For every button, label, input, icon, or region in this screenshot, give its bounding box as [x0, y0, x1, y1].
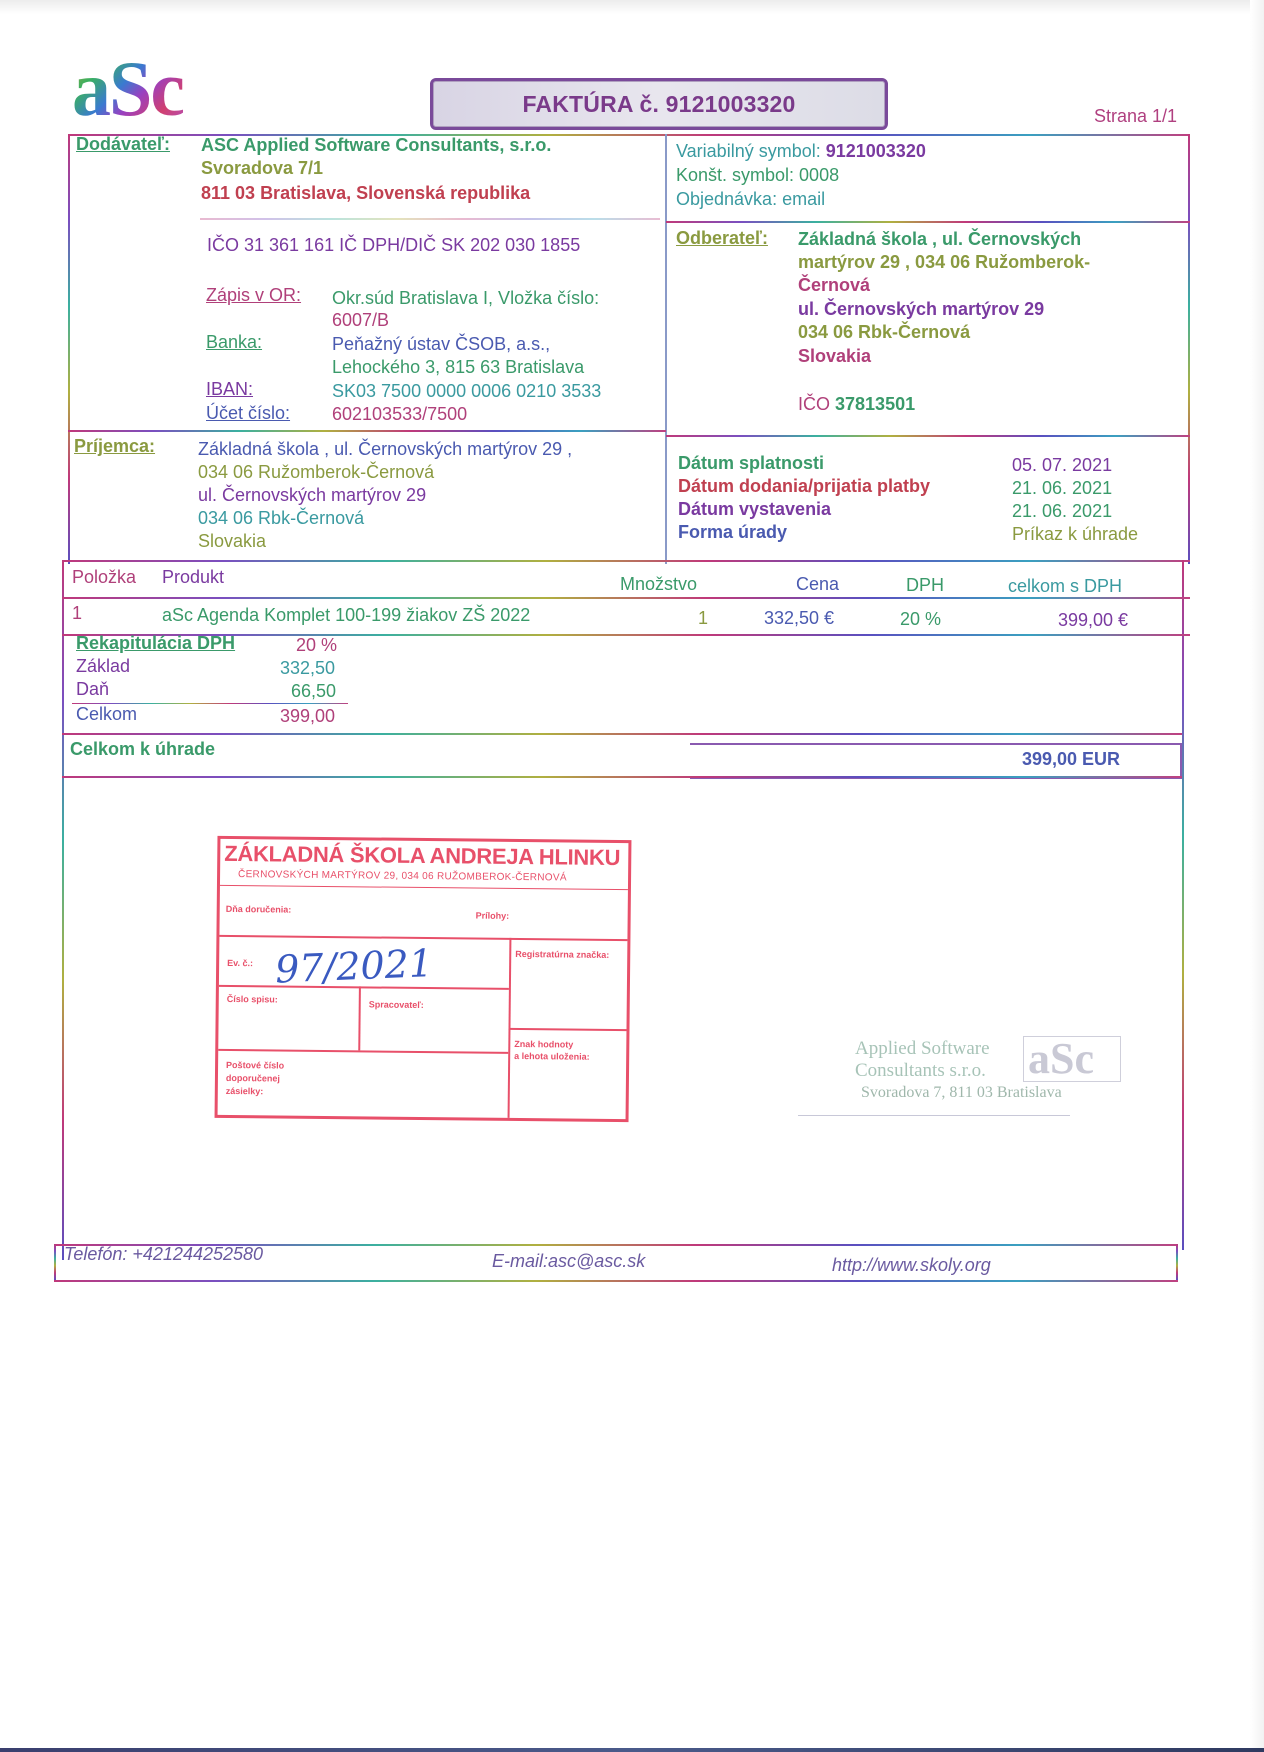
scan-edge-top [0, 0, 1264, 14]
signature-line [798, 1115, 1070, 1116]
stamp-divider [220, 885, 628, 890]
dates-labels: Dátum splatnosti Dátum dodania/prijatia … [678, 452, 930, 544]
company-stamp-logo: aSc [1023, 1036, 1121, 1082]
register-value-1: Okr.súd Bratislava I, Vložka číslo: [332, 287, 599, 310]
frame-left-line [68, 134, 70, 564]
stamp-ev-label: Ev. č.: [227, 957, 253, 969]
stamp-divider [508, 1028, 626, 1031]
customer-label: Odberateľ: [676, 228, 768, 249]
supplier-street: Svoradova 7/1 [201, 157, 323, 180]
col-quantity: Množstvo [620, 573, 697, 596]
issue-date-label: Dátum vystavenia [678, 498, 930, 521]
stamp-file-label: Číslo spisu: [227, 993, 278, 1006]
body-left-line [62, 560, 64, 1260]
col-item: Položka [72, 566, 136, 589]
page-indicator: Strana 1/1 [1094, 106, 1177, 127]
customer-box-top-line [666, 221, 1190, 223]
customer-line-2: martýrov 29 , 034 06 Ružomberok- [798, 251, 1090, 274]
account-label: Účet číslo: [206, 402, 290, 425]
due-date-label: Dátum splatnosti [678, 452, 930, 475]
stamp-value-label-2: a lehota uloženia: [514, 1050, 590, 1063]
bank-value-1: Peňažný ústav ČSOB, a.s., [332, 333, 550, 356]
row-price: 332,50 € [764, 607, 834, 630]
body-right-line [1182, 560, 1184, 1250]
registry-stamp: ZÁKLADNÁ ŠKOLA ANDREJA HLINKU ČERNOVSKÝC… [215, 836, 632, 1122]
constant-symbol: Konšt. symbol: 0008 [676, 164, 839, 187]
stamp-ev-value: 97/2021 [274, 941, 434, 992]
vat-summary-title: Rekapitulácia DPH [76, 632, 235, 655]
stamp-divider [358, 986, 361, 1050]
delivery-date-value: 21. 06. 2021 [1012, 477, 1138, 500]
order-info: Objednávka: email [676, 188, 825, 211]
variable-symbol-value: 9121003320 [826, 141, 926, 161]
asc-logo: aSc [72, 50, 183, 128]
row-quantity: 1 [698, 607, 708, 630]
due-date-value: 05. 07. 2021 [1012, 454, 1138, 477]
vat-tax-value: 66,50 [291, 680, 336, 703]
stamp-attachments-label: Prílohy: [476, 910, 510, 922]
register-label: Zápis v OR: [206, 284, 301, 307]
footer-right-line [1176, 1244, 1178, 1280]
recipient-label: Príjemca: [74, 436, 155, 457]
stamp-school-address: ČERNOVSKÝCH MARTÝROV 29, 034 06 RUŽOMBER… [238, 869, 567, 883]
vat-total-value: 399,00 [280, 705, 335, 728]
footer-phone: Telefón: +421244252580 [64, 1244, 263, 1265]
footer-email[interactable]: E-mail:asc@asc.sk [492, 1251, 645, 1272]
company-stamp: Applied Software Consultants s.r.o. Svor… [855, 1030, 1135, 1100]
iban-value: SK03 7500 0000 0006 0210 3533 [332, 380, 601, 403]
customer-line-1: Základná škola , ul. Černovských [798, 228, 1081, 251]
register-value-2: 6007/B [332, 309, 389, 332]
vat-base-value: 332,50 [280, 657, 335, 680]
col-product: Produkt [162, 566, 224, 589]
frame-middle-line [665, 134, 667, 564]
row-vat: 20 % [900, 608, 941, 631]
supplier-ids: IČO 31 361 161 IČ DPH/DIČ SK 202 030 185… [207, 234, 580, 257]
stamp-divider [218, 1049, 508, 1054]
stamp-postal-label-3: zásielky: [226, 1085, 264, 1097]
vat-tax-label: Daň [76, 678, 109, 701]
invoice-title: FAKTÚRA č. 9121003320 [522, 91, 795, 118]
customer-line-4: ul. Černovských martýrov 29 [798, 298, 1044, 321]
vat-summary-rate: 20 % [296, 634, 337, 657]
footer-bottom-line [54, 1280, 1178, 1282]
payment-form-label: Forma úrady [678, 521, 930, 544]
footer-website[interactable]: http://www.skoly.org [832, 1255, 991, 1276]
supplier-divider [200, 218, 660, 220]
table-top-line [62, 560, 1190, 562]
table-header-line [62, 597, 1190, 599]
recipient-line-3: ul. Černovských martýrov 29 [198, 484, 426, 507]
dates-values: 05. 07. 2021 21. 06. 2021 21. 06. 2021 P… [1012, 454, 1138, 546]
amount-due-top-line [62, 733, 1182, 735]
scan-edge-bottom [0, 1748, 1264, 1752]
iban-label: IBAN: [206, 378, 253, 401]
stamp-postal-label-1: Poštové číslo [226, 1059, 284, 1072]
customer-ico: IČO 37813501 [798, 393, 915, 416]
customer-line-3: Černová [798, 274, 870, 297]
stamp-school-name: ZÁKLADNÁ ŠKOLA ANDREJA HLINKU [224, 841, 620, 871]
customer-line-6: Slovakia [798, 345, 871, 368]
company-stamp-line-1: Applied Software [855, 1038, 990, 1060]
stamp-received-label: Dňa doručenia: [226, 903, 292, 916]
stamp-value-label-1: Znak hodnoty [514, 1038, 573, 1051]
row-product: aSc Agenda Komplet 100-199 žiakov ZŠ 202… [162, 604, 530, 627]
issue-date-value: 21. 06. 2021 [1012, 500, 1138, 523]
recipient-line-2: 034 06 Ružomberok-Černová [198, 461, 434, 484]
vat-base-label: Základ [76, 655, 130, 678]
amount-due-bottom-line [62, 776, 1182, 778]
stamp-divider [219, 985, 509, 990]
recipient-line-1: Základná škola , ul. Černovských martýro… [198, 438, 572, 461]
delivery-date-label: Dátum dodania/prijatia platby [678, 475, 930, 498]
recipient-line-4: 034 06 Rbk-Černová [198, 507, 364, 530]
amount-due-label: Celkom k úhrade [70, 738, 215, 761]
stamp-handler-label: Spracovateľ: [369, 998, 424, 1011]
variable-symbol: Variabilný symbol: 9121003320 [676, 140, 926, 163]
stamp-postal-label-2: doporučenej [226, 1072, 280, 1085]
recipient-line-5: Slovakia [198, 530, 266, 553]
col-total: celkom s DPH [1008, 575, 1122, 598]
company-stamp-line-3: Svoradova 7, 811 03 Bratislava [861, 1084, 1062, 1102]
customer-line-5: 034 06 Rbk-Černová [798, 321, 970, 344]
customer-box-bottom-line [666, 435, 1190, 437]
company-stamp-line-2: Consultants s.r.o. [855, 1060, 986, 1082]
supplier-name: ASC Applied Software Consultants, s.r.o. [201, 134, 551, 157]
row-item: 1 [72, 602, 82, 625]
col-price: Cena [796, 573, 839, 596]
payment-form-value: Príkaz k úhrade [1012, 523, 1138, 546]
bank-label: Banka: [206, 331, 262, 354]
recipient-top-line [68, 430, 666, 432]
stamp-divider [219, 935, 627, 941]
supplier-city: 811 03 Bratislava, Slovenská republika [201, 182, 530, 205]
vat-total-label: Celkom [76, 703, 137, 726]
variable-symbol-label: Variabilný symbol: [676, 141, 826, 161]
scan-edge-right [1250, 0, 1264, 1752]
customer-ico-value: 37813501 [835, 394, 915, 414]
col-vat: DPH [906, 574, 944, 597]
invoice-title-box: FAKTÚRA č. 9121003320 [430, 78, 888, 130]
bank-value-2: Lehockého 3, 815 63 Bratislava [332, 356, 584, 379]
row-total: 399,00 € [1058, 609, 1128, 632]
frame-right-line [1188, 134, 1190, 564]
supplier-label: Dodávateľ: [76, 134, 170, 155]
footer-left-line [54, 1244, 56, 1280]
customer-ico-label: IČO [798, 394, 835, 414]
amount-due-value: 399,00 EUR [1022, 748, 1120, 771]
stamp-registry-label: Registratúrna značka: [515, 948, 609, 961]
account-value: 602103533/7500 [332, 403, 467, 426]
